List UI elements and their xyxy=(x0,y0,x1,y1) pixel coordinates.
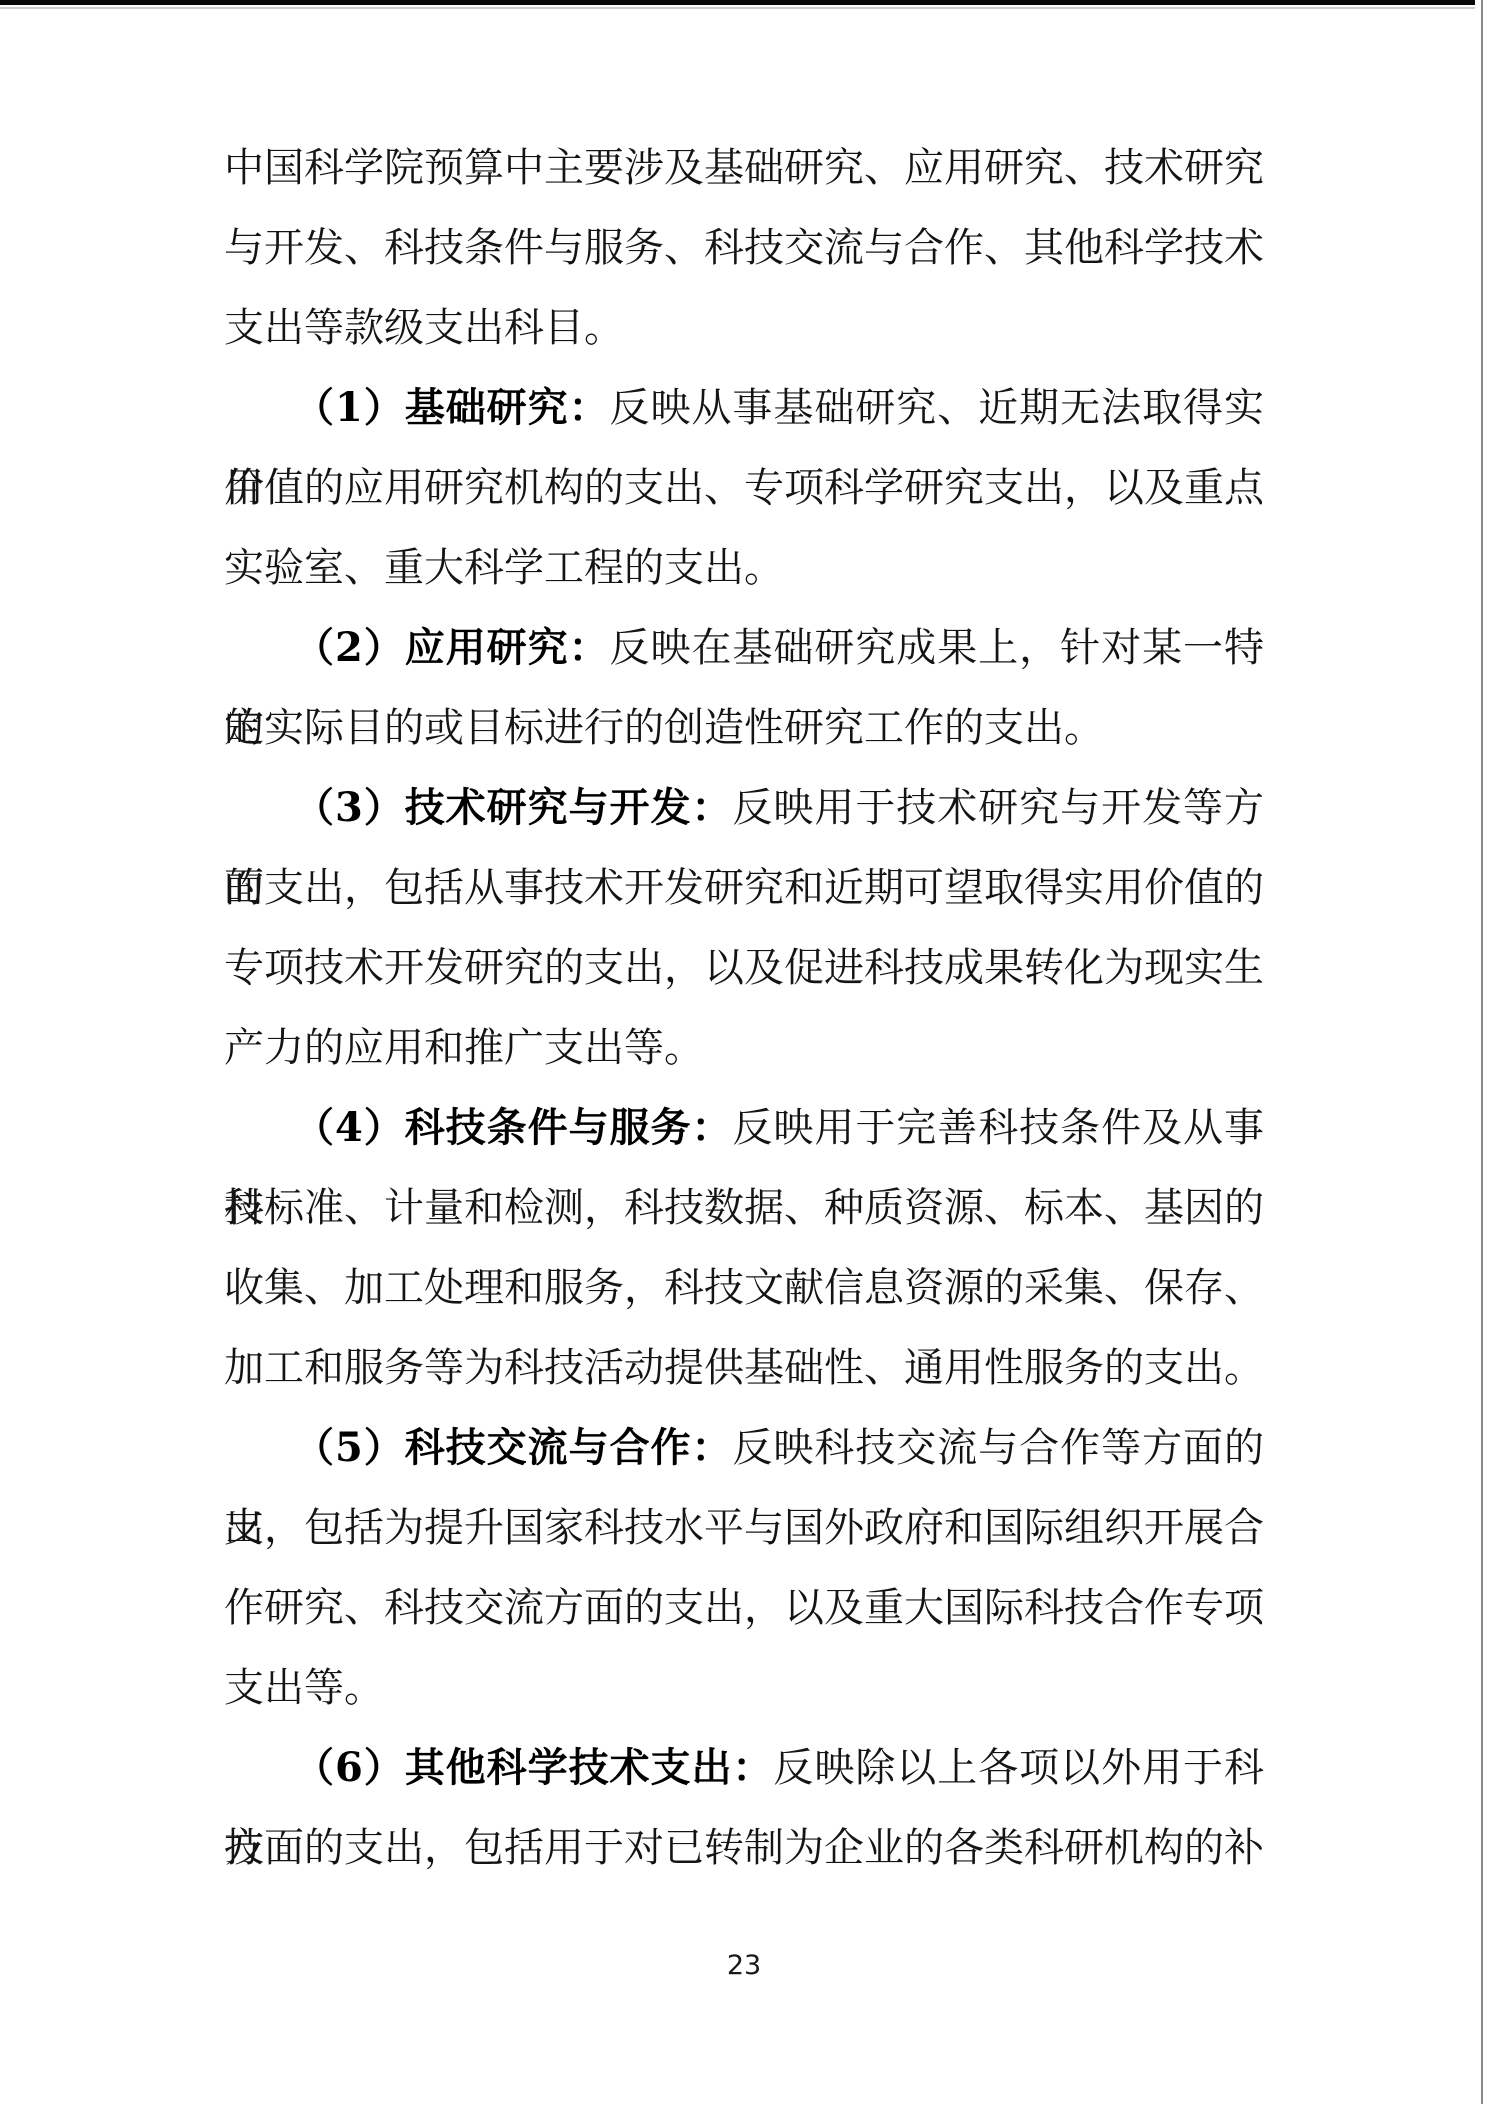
paragraph: （5）科技交流与合作：反映科技交流与合作等方面的支出，包括为提升国家科技水平与国… xyxy=(224,1408,1264,1728)
text-line: 中国科学院预算中主要涉及基础研究、应用研究、技术研究 xyxy=(224,128,1264,208)
paragraph: （3）技术研究与开发：反映用于技术研究与开发等方面的支出，包括从事技术开发研究和… xyxy=(224,768,1264,1088)
text-line: 方面的支出，包括用于对已转制为企业的各类科研机构的补 xyxy=(224,1808,1264,1888)
text-run: 中国科学院预算中主要涉及基础研究、应用研究、技术研究 xyxy=(224,145,1264,191)
text-line: （6）其他科学技术支出：反映除以上各项以外用于科技 xyxy=(224,1728,1264,1808)
section-heading: （6）其他科学技术支出： xyxy=(294,1744,773,1791)
text-run: 的支出，包括从事技术开发研究和近期可望取得实用价值的 xyxy=(224,865,1264,911)
text-line: 技标准、计量和检测，科技数据、种质资源、标本、基因的 xyxy=(224,1168,1264,1248)
page-number: 23 xyxy=(224,1946,1264,1986)
page-top-border xyxy=(0,0,1475,5)
text-line: （5）科技交流与合作：反映科技交流与合作等方面的支 xyxy=(224,1408,1264,1488)
text-run: 方面的支出，包括用于对已转制为企业的各类科研机构的补 xyxy=(224,1825,1264,1871)
section-heading: （3）技术研究与开发： xyxy=(294,784,732,831)
text-line: 支出等。 xyxy=(224,1648,1264,1728)
text-line: 专项技术开发研究的支出，以及促进科技成果转化为现实生 xyxy=(224,928,1264,1008)
document-page: 中国科学院预算中主要涉及基础研究、应用研究、技术研究与开发、科技条件与服务、科技… xyxy=(0,0,1488,2104)
text-line: 收集、加工处理和服务，科技文献信息资源的采集、保存、 xyxy=(224,1248,1264,1328)
text-run: 支出等。 xyxy=(224,1665,384,1711)
text-line: 作研究、科技交流方面的支出，以及重大国际科技合作专项 xyxy=(224,1568,1264,1648)
paragraph: （2）应用研究：反映在基础研究成果上，针对某一特定的实际目的或目标进行的创造性研… xyxy=(224,608,1264,768)
text-line: 支出等款级支出科目。 xyxy=(224,288,1264,368)
text-run: 技标准、计量和检测，科技数据、种质资源、标本、基因的 xyxy=(224,1185,1264,1231)
text-run: 价值的应用研究机构的支出、专项科学研究支出，以及重点 xyxy=(224,465,1264,511)
text-line: 产力的应用和推广支出等。 xyxy=(224,1008,1264,1088)
text-line: （1）基础研究：反映从事基础研究、近期无法取得实用 xyxy=(224,368,1264,448)
text-run: 加工和服务等为科技活动提供基础性、通用性服务的支出。 xyxy=(224,1345,1264,1391)
text-line: （4）科技条件与服务：反映用于完善科技条件及从事科 xyxy=(224,1088,1264,1168)
text-run: 作研究、科技交流方面的支出，以及重大国际科技合作专项 xyxy=(224,1585,1264,1631)
paragraph: （4）科技条件与服务：反映用于完善科技条件及从事科技标准、计量和检测，科技数据、… xyxy=(224,1088,1264,1408)
text-run: 收集、加工处理和服务，科技文献信息资源的采集、保存、 xyxy=(224,1265,1264,1311)
text-run: 专项技术开发研究的支出，以及促进科技成果转化为现实生 xyxy=(224,945,1264,991)
text-line: 价值的应用研究机构的支出、专项科学研究支出，以及重点 xyxy=(224,448,1264,528)
text-line: 出，包括为提升国家科技水平与国外政府和国际组织开展合 xyxy=(224,1488,1264,1568)
section-heading: （2）应用研究： xyxy=(294,624,610,671)
text-run: 实验室、重大科学工程的支出。 xyxy=(224,545,784,591)
text-run: 的实际目的或目标进行的创造性研究工作的支出。 xyxy=(224,705,1104,751)
text-run: 出，包括为提升国家科技水平与国外政府和国际组织开展合 xyxy=(224,1505,1264,1551)
text-line: 的实际目的或目标进行的创造性研究工作的支出。 xyxy=(224,688,1264,768)
page-right-border xyxy=(1481,0,1483,2104)
document-body: 中国科学院预算中主要涉及基础研究、应用研究、技术研究与开发、科技条件与服务、科技… xyxy=(224,128,1264,1888)
text-line: 加工和服务等为科技活动提供基础性、通用性服务的支出。 xyxy=(224,1328,1264,1408)
section-heading: （1）基础研究： xyxy=(294,384,610,431)
section-heading: （5）科技交流与合作： xyxy=(294,1424,732,1471)
text-run: 支出等款级支出科目。 xyxy=(224,305,624,351)
text-run: 产力的应用和推广支出等。 xyxy=(224,1025,704,1071)
text-line: 的支出，包括从事技术开发研究和近期可望取得实用价值的 xyxy=(224,848,1264,928)
paragraph: （1）基础研究：反映从事基础研究、近期无法取得实用价值的应用研究机构的支出、专项… xyxy=(224,368,1264,608)
paragraph: 中国科学院预算中主要涉及基础研究、应用研究、技术研究与开发、科技条件与服务、科技… xyxy=(224,128,1264,368)
paragraph: （6）其他科学技术支出：反映除以上各项以外用于科技方面的支出，包括用于对已转制为… xyxy=(224,1728,1264,1888)
text-line: 实验室、重大科学工程的支出。 xyxy=(224,528,1264,608)
section-heading: （4）科技条件与服务： xyxy=(294,1104,732,1151)
text-line: （2）应用研究：反映在基础研究成果上，针对某一特定 xyxy=(224,608,1264,688)
text-run: 与开发、科技条件与服务、科技交流与合作、其他科学技术 xyxy=(224,225,1264,271)
text-line: （3）技术研究与开发：反映用于技术研究与开发等方面 xyxy=(224,768,1264,848)
page-top-hairline xyxy=(0,7,1475,9)
text-line: 与开发、科技条件与服务、科技交流与合作、其他科学技术 xyxy=(224,208,1264,288)
